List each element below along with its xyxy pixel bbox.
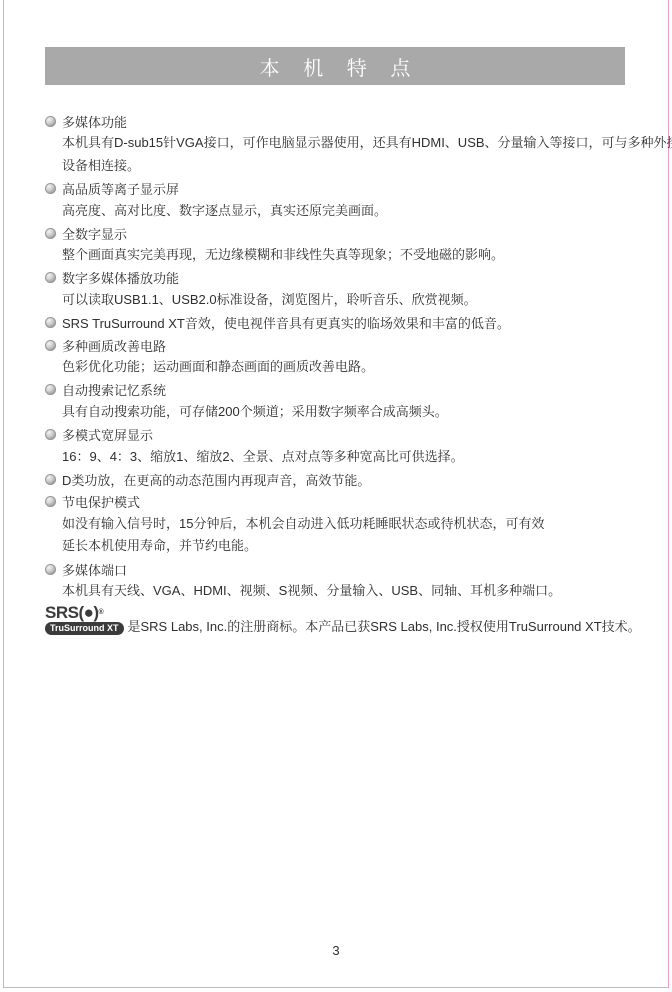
feature-text-line: 具有自动搜索功能，可存储200个频道；采用数字频率合成高频头。 [45,401,637,423]
feature-item: 高品质等离子显示屏 高亮度、高对比度、数字逐点显示，真实还原完美画面。 [45,177,637,222]
bullet-icon [45,317,56,328]
feature-title: D类功放，在更高的动态范围内再现声音，高效节能。 [62,470,370,489]
feature-text-line: 延长本机使用寿命，并节约电能。 [45,535,637,557]
feature-title: 高品质等离子显示屏 [62,179,179,198]
bullet-icon [45,384,56,395]
bullet-icon [45,474,56,485]
feature-text-line: 本机具有天线、VGA、HDMI、视频、S视频、分量输入、USB、同轴、耳机多种端… [45,580,637,602]
feature-text-line: 如没有输入信号时，15分钟后，本机会自动进入低功耗睡眠状态或待机状态，可有效 [45,513,637,535]
feature-item: 全数字显示 整个画面真实完美再现，无边缘模糊和非线性失真等现象；不受地磁的影响。 [45,222,637,267]
feature-text-line: 本机具有D-sub15针VGA接口，可作电脑显示器使用，还具有HDMI、USB、… [45,132,637,154]
feature-title: 多模式宽屏显示 [62,425,153,444]
bullet-icon [45,228,56,239]
srs-logo-text: SRS(●)® [45,604,124,621]
bullet-icon [45,496,56,507]
feature-text-line: 整个画面真实完美再现，无边缘模糊和非线性失真等现象；不受地磁的影响。 [45,244,637,266]
bullet-icon [45,116,56,127]
srs-logo-wordmark: SRS(●) [45,603,99,622]
feature-item: 数字多媒体播放功能 可以读取USB1.1、USB2.0标准设备，浏览图片，聆听音… [45,267,637,312]
feature-title: 多种画质改善电路 [62,336,166,355]
srs-trademark-row: SRS(●)® TruSurround XT 是SRS Labs, Inc.的注… [45,604,655,635]
page-title: 本 机 特 点 [251,52,420,81]
feature-item: 自动搜索记忆系统 具有自动搜索功能，可存储200个频道；采用数字频率合成高频头。 [45,379,637,424]
header-bar: 本 机 特 点 [45,47,625,85]
feature-title: 自动搜索记忆系统 [62,380,166,399]
srs-trusurround-logo: SRS(●)® TruSurround XT [45,604,124,635]
feature-text-line: 设备相连接。 [45,155,637,177]
feature-title: SRS TruSurround XT音效，使电视伴音具有更真实的临场效果和丰富的… [62,313,510,332]
feature-list: 多媒体功能 本机具有D-sub15针VGA接口，可作电脑显示器使用，还具有HDM… [45,110,637,603]
feature-title: 全数字显示 [62,224,127,243]
feature-title: 数字多媒体播放功能 [62,268,179,287]
feature-item: 多模式宽屏显示 16：9、4：3、缩放1、缩放2、全景、点对点等多种宽高比可供选… [45,423,637,468]
feature-text-line: 16：9、4：3、缩放1、缩放2、全景、点对点等多种宽高比可供选择。 [45,446,637,468]
feature-text-line: 可以读取USB1.1、USB2.0标准设备，浏览图片，聆听音乐、欣赏视频。 [45,289,637,311]
bullet-icon [45,340,56,351]
srs-trademark-note: 是SRS Labs, Inc.的注册商标。本产品已获SRS Labs, Inc.… [128,618,641,635]
feature-title: 节电保护模式 [62,492,140,511]
feature-title: 多媒体端口 [62,560,127,579]
feature-item: 节电保护模式 如没有输入信号时，15分钟后，本机会自动进入低功耗睡眠状态或待机状… [45,491,637,558]
feature-item: 多媒体端口 本机具有天线、VGA、HDMI、视频、S视频、分量输入、USB、同轴… [45,558,637,603]
feature-text-line: 色彩优化功能；运动画面和静态画面的画质改善电路。 [45,356,637,378]
feature-title: 多媒体功能 [62,112,127,131]
feature-item: SRS TruSurround XT音效，使电视伴音具有更真实的临场效果和丰富的… [45,312,637,334]
page-number: 3 [0,943,672,958]
bullet-icon [45,564,56,575]
bullet-icon [45,183,56,194]
feature-item: 多媒体功能 本机具有D-sub15针VGA接口，可作电脑显示器使用，还具有HDM… [45,110,637,177]
bullet-icon [45,429,56,440]
registered-mark-icon: ® [99,609,104,616]
srs-badge: TruSurround XT [45,622,124,635]
feature-item: 多种画质改善电路 色彩优化功能；运动画面和静态画面的画质改善电路。 [45,334,637,379]
bullet-icon [45,272,56,283]
feature-text-line: 高亮度、高对比度、数字逐点显示，真实还原完美画面。 [45,200,637,222]
feature-item: D类功放，在更高的动态范围内再现声音，高效节能。 [45,468,637,490]
